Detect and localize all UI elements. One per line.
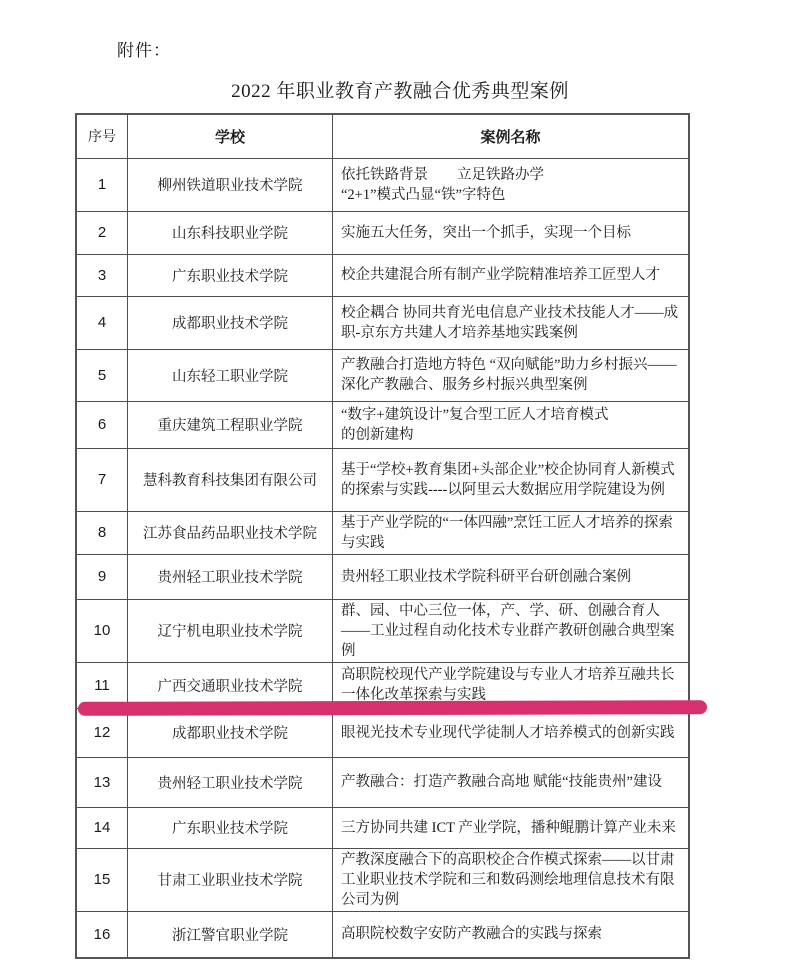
table-row: 1柳州铁道职业技术学院依托铁路背景 立足铁路办学 “2+1”模式凸显“铁”字特色 (76, 158, 689, 211)
case-name-cell: 产教融合：打造产教融合高地 赋能“技能贵州”建设 (333, 757, 690, 807)
case-name-cell: 高职院校数字安防产教融合的实践与探索 (333, 911, 690, 958)
row-index-cell: 15 (76, 848, 128, 911)
row-index-cell: 14 (76, 807, 128, 848)
table-row: 14广东职业技术学院三方协同共建 ICT 产业学院，播种鲲鹏计算产业未来 (76, 807, 689, 848)
table-row: 16浙江警官职业学院高职院校数字安防产教融合的实践与探索 (76, 911, 689, 958)
school-cell: 辽宁机电职业技术学院 (128, 599, 333, 662)
pink-highlight-marker (78, 700, 707, 716)
row-index-cell: 1 (76, 158, 128, 211)
row-index-cell: 7 (76, 448, 128, 511)
row-index-cell: 16 (76, 911, 128, 958)
school-cell: 江苏食品药品职业技术学院 (128, 511, 333, 554)
document-page: 附件： 2022 年职业教育产教融合优秀典型案例 序号 学校 案例名称 1柳州铁… (0, 0, 800, 972)
case-name-cell: 群、园、中心三位一体，产、学、研、创融合育人——工业过程自动化技术专业群产教研创… (333, 599, 690, 662)
table-row: 9贵州轻工职业技术学院贵州轻工职业技术学院科研平台研创融合案例 (76, 554, 689, 599)
school-cell: 柳州铁道职业技术学院 (128, 158, 333, 211)
school-cell: 浙江警官职业学院 (128, 911, 333, 958)
header-case-name-cell: 案例名称 (333, 114, 690, 158)
table-row: 2山东科技职业学院实施五大任务，突出一个抓手，实现一个目标 (76, 211, 689, 254)
row-index-cell: 8 (76, 511, 128, 554)
table-row: 13贵州轻工职业技术学院产教融合：打造产教融合高地 赋能“技能贵州”建设 (76, 757, 689, 807)
school-cell: 重庆建筑工程职业学院 (128, 401, 333, 448)
school-cell: 慧科教育科技集团有限公司 (128, 448, 333, 511)
case-name-cell: 产教融合打造地方特色 “双向赋能”助力乡村振兴——深化产教融合、服务乡村振兴典型… (333, 349, 690, 401)
school-cell: 成都职业技术学院 (128, 296, 333, 349)
case-name-cell: 实施五大任务，突出一个抓手，实现一个目标 (333, 211, 690, 254)
row-index-cell: 4 (76, 296, 128, 349)
school-cell: 广东职业技术学院 (128, 807, 333, 848)
table-row: 3广东职业技术学院校企共建混合所有制产业学院精准培养工匠型人才 (76, 254, 689, 296)
case-name-cell: 产教深度融合下的高职校企合作模式探索——以甘肃工业职业技术学院和三和数码测绘地理… (333, 848, 690, 911)
school-cell: 山东科技职业学院 (128, 211, 333, 254)
table-row: 5山东轻工职业学院产教融合打造地方特色 “双向赋能”助力乡村振兴——深化产教融合… (76, 349, 689, 401)
row-index-cell: 10 (76, 599, 128, 662)
row-index-cell: 5 (76, 349, 128, 401)
case-name-cell: “数字+建筑设计”复合型工匠人才培育模式 的创新建构 (333, 401, 690, 448)
case-name-cell: 眼视光技术专业现代学徒制人才培养模式的创新实践 (333, 708, 690, 757)
case-name-cell: 三方协同共建 ICT 产业学院，播种鲲鹏计算产业未来 (333, 807, 690, 848)
row-index-cell: 13 (76, 757, 128, 807)
school-cell: 广东职业技术学院 (128, 254, 333, 296)
case-name-cell: 校企耦合 协同共育光电信息产业技术技能人才——成职-京东方共建人才培养基地实践案… (333, 296, 690, 349)
attachment-label: 附件： (117, 36, 171, 61)
table-row: 6重庆建筑工程职业学院“数字+建筑设计”复合型工匠人才培育模式 的创新建构 (76, 401, 689, 448)
case-name-cell: 基于“学校+教育集团+头部企业”校企协同育人新模式的探索与实践----以阿里云大… (333, 448, 690, 511)
table-row: 15甘肃工业职业技术学院产教深度融合下的高职校企合作模式探索——以甘肃工业职业技… (76, 848, 689, 911)
table-row: 8江苏食品药品职业技术学院基于产业学院的“一体四融”烹饪工匠人才培养的探索与实践 (76, 511, 689, 554)
case-name-cell: 贵州轻工职业技术学院科研平台研创融合案例 (333, 554, 690, 599)
row-index-cell: 9 (76, 554, 128, 599)
row-index-cell: 2 (76, 211, 128, 254)
row-index-cell: 3 (76, 254, 128, 296)
cases-table: 序号 学校 案例名称 1柳州铁道职业技术学院依托铁路背景 立足铁路办学 “2+1… (75, 113, 690, 959)
header-index-cell: 序号 (76, 114, 128, 158)
table-row: 7慧科教育科技集团有限公司基于“学校+教育集团+头部企业”校企协同育人新模式的探… (76, 448, 689, 511)
header-school-cell: 学校 (128, 114, 333, 158)
page-title: 2022 年职业教育产教融合优秀典型案例 (0, 76, 800, 103)
case-name-cell: 基于产业学院的“一体四融”烹饪工匠人才培养的探索与实践 (333, 511, 690, 554)
school-cell: 贵州轻工职业技术学院 (128, 757, 333, 807)
school-cell: 贵州轻工职业技术学院 (128, 554, 333, 599)
case-name-cell: 校企共建混合所有制产业学院精准培养工匠型人才 (333, 254, 690, 296)
row-index-cell: 6 (76, 401, 128, 448)
table-row: 10辽宁机电职业技术学院群、园、中心三位一体，产、学、研、创融合育人——工业过程… (76, 599, 689, 662)
case-name-cell: 依托铁路背景 立足铁路办学 “2+1”模式凸显“铁”字特色 (333, 158, 690, 211)
school-cell: 山东轻工职业学院 (128, 349, 333, 401)
header-row: 序号 学校 案例名称 (76, 114, 689, 158)
school-cell: 甘肃工业职业技术学院 (128, 848, 333, 911)
table-row: 4成都职业技术学院校企耦合 协同共育光电信息产业技术技能人才——成职-京东方共建… (76, 296, 689, 349)
